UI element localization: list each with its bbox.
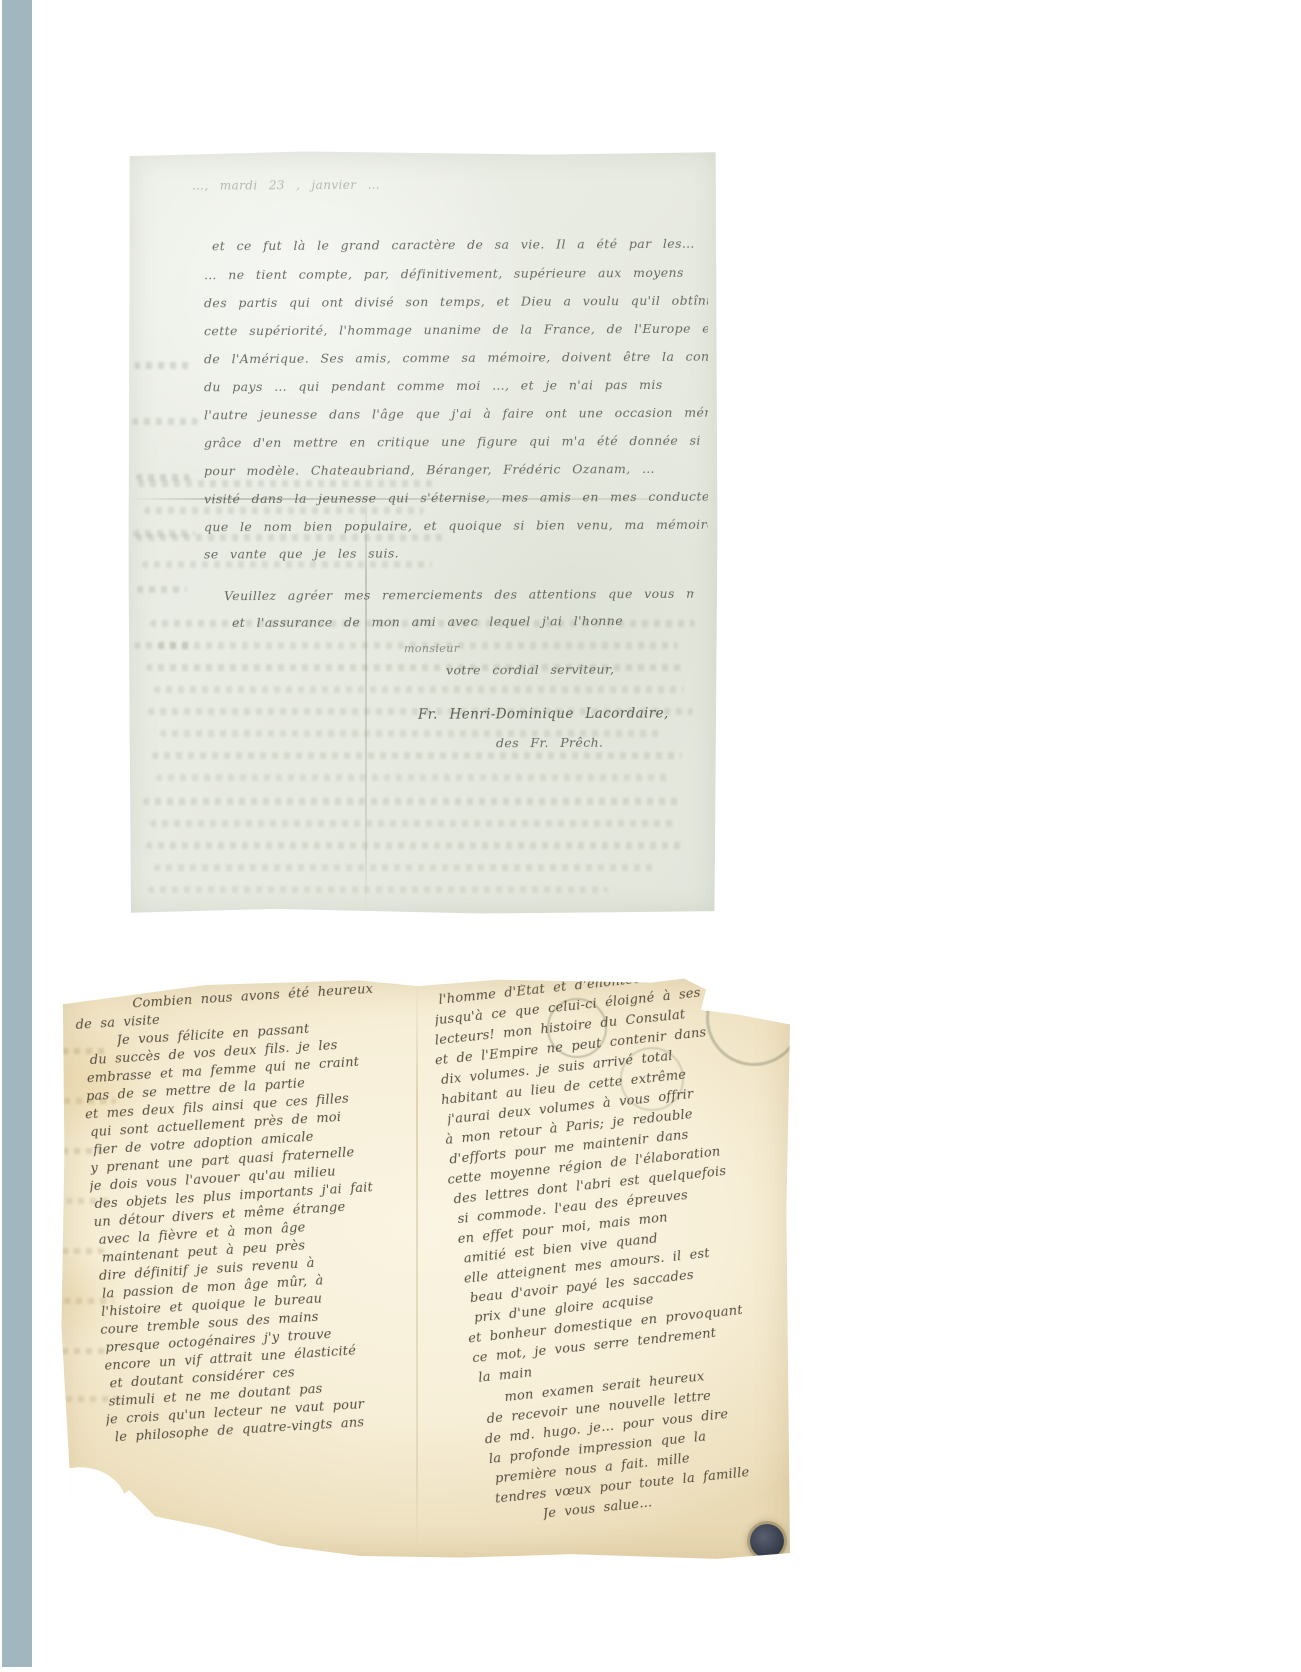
handwriting-line: se vante que je les suis.: [204, 545, 414, 567]
postal-seal-icon: [750, 1524, 784, 1558]
handwriting-line: du pays … qui pendant comme moi …, et je…: [204, 377, 708, 401]
bleed-line: [156, 774, 671, 781]
bleed-line: [150, 820, 675, 827]
faded-letter-scan: …, mardi 23 , janvier … et ce fut là le …: [128, 150, 718, 915]
letter-left-page: Combien nous avons été heureux de sa vis…: [74, 977, 452, 1542]
handwriting-line: l'autre jeunesse dans l'âge que j'ai à f…: [204, 405, 708, 429]
bleed-line: [154, 864, 654, 871]
bleed-line: [154, 686, 684, 693]
bleed-line: [132, 418, 198, 425]
letter-salutation: monsieur: [404, 642, 490, 663]
handwriting-line: et l'assurance de mon ami avec lequel j'…: [232, 613, 622, 636]
handwriting-line: Veuillez agréer mes remerciements des at…: [224, 586, 694, 609]
handwriting-line: Combien nous avons été heureux: [132, 981, 385, 1015]
letter-right-page: l'homme d'État et d'éhontée du dit jusqu…: [428, 957, 840, 1551]
bleed-line: [137, 586, 187, 593]
handwriting-line: et ce fut là le grand caractère de sa vi…: [212, 236, 708, 260]
handwriting-line: grâce d'en mettre en critique une figure…: [204, 433, 708, 457]
left-accent-bar: [2, 0, 32, 1667]
handwriting-line: des partis qui ont divisé son temps, et …: [204, 293, 708, 317]
handwriting-line: visité dans la jeunesse qui s'éternise, …: [204, 489, 708, 513]
page-root: { "page": { "background": "#ffffff", "ac…: [0, 0, 1301, 1672]
handwriting-line: … ne tient compte, par, définitivement, …: [204, 265, 708, 289]
two-page-letter-scan: Combien nous avons été heureux de sa vis…: [60, 978, 790, 1560]
handwriting-line: pour modèle. Chateaubriand, Béranger, Fr…: [204, 461, 708, 485]
letter-date-line: …, mardi 23 , janvier …: [192, 177, 462, 199]
bleed-line: [148, 886, 608, 893]
bleed-line: [134, 362, 192, 369]
bleed-line: [146, 842, 686, 849]
handwriting-line: de l'Amérique. Ses amis, comme sa mémoir…: [204, 349, 708, 373]
bleed-line: [143, 798, 683, 805]
letter-signature-order: des Fr. Prêch.: [496, 735, 616, 757]
handwriting-line: que le nom bien populaire, et quoique si…: [204, 517, 708, 541]
letter-signature: Fr. Henri-Dominique Lacordaire,: [418, 705, 718, 728]
handwriting-line: cette supériorité, l'hommage unanime de …: [204, 321, 708, 345]
letter-valediction: votre cordial serviteur,: [446, 662, 636, 684]
